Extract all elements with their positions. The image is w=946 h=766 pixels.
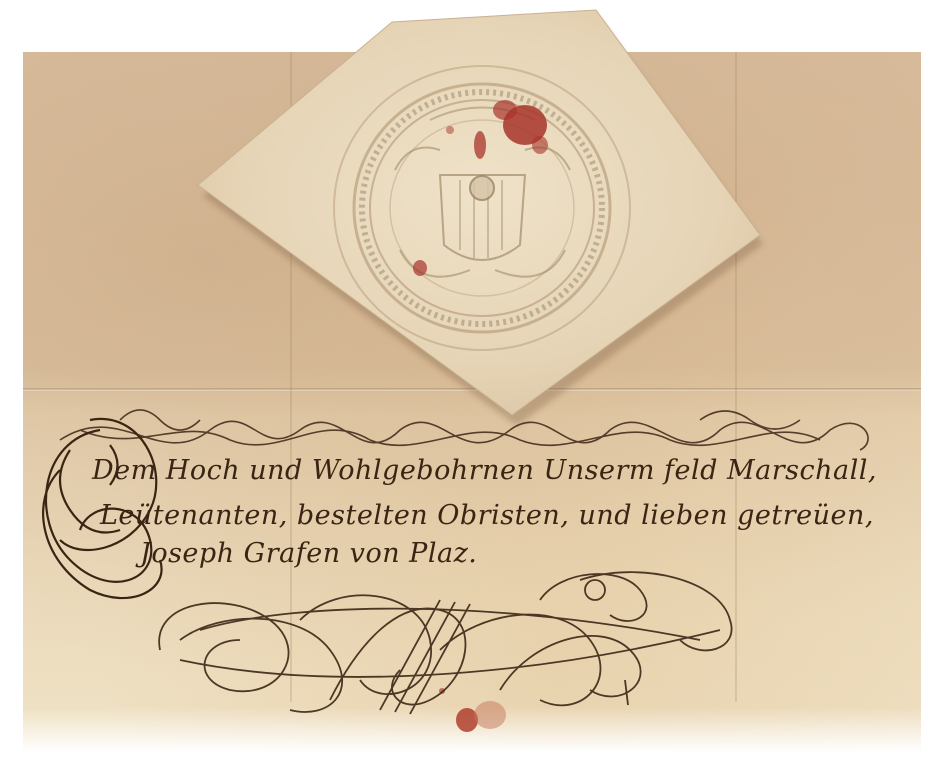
vertical-fold-line [735, 52, 737, 702]
address-line-1: Dem Hoch und Wohlgebohrnen Unserm feld M… [92, 455, 877, 486]
letter-sheet [23, 52, 921, 752]
vertical-fold-line [290, 52, 292, 702]
address-line-3: Joseph Grafen von Plaz. [140, 538, 477, 569]
address-line-2: Leütenanten, bestelten Obristen, und lie… [100, 500, 874, 531]
horizontal-fold-line [23, 388, 921, 391]
